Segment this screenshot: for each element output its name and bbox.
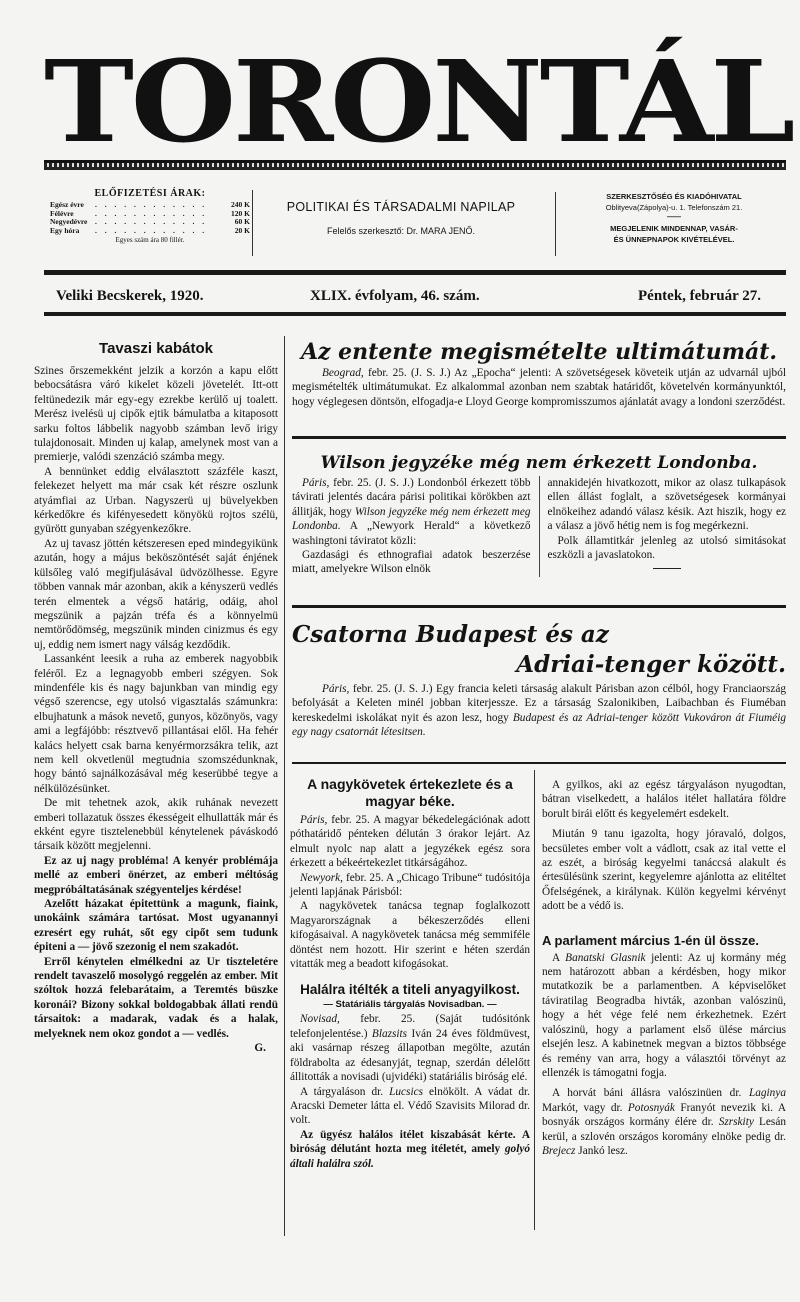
article-entente: Az entente megismételte ultimátumát. Beo… <box>292 338 786 409</box>
article-title-line2: Adriai-tenger között. <box>292 650 786 680</box>
editor-line: Felelős szerkesztő: Dr. MARA JENŐ. <box>256 226 546 236</box>
article-title: Halálra itélték a titeli anyagyilkost. <box>290 981 530 998</box>
prices-title: ELŐFIZETÉSI ÁRAK: <box>50 188 250 199</box>
paragraph: Azelőtt házakat épitettünk a magunk, fia… <box>34 897 278 955</box>
place-year: Veliki Becskerek, 1920. <box>56 288 204 305</box>
header-divider <box>252 190 253 256</box>
single-issue-price: Egyes szám ára 80 fillér. <box>50 236 250 244</box>
article-title: Az entente megismételte ultimátumát. <box>292 338 786 366</box>
header-rule <box>44 270 786 275</box>
office-title: SZERKESZTŐSÉG ÉS KIADÓHIVATAL <box>562 191 786 202</box>
paragraph: De mit tehetnek azok, akik ruhának nevez… <box>34 796 278 854</box>
volume-issue: XLIX. évfolyam, 46. szám. <box>310 288 480 305</box>
article-halalra-continued: A gyilkos, aki az egész tárgyaláson nyug… <box>542 778 786 1158</box>
paragraph: Az uj tavasz jöttén kétszeresen eped min… <box>34 537 278 652</box>
paragraph: Szines őrszemekként jelzik a korzón a ka… <box>34 364 278 465</box>
paragraph: Ez az uj nagy probléma! A kenyér problém… <box>34 854 278 897</box>
column-divider <box>284 336 285 1236</box>
price-row: Egész évre. . . . . . . . . . . .240 K <box>50 201 250 210</box>
paper-subtitle: POLITIKAI ÉS TÁRSADALMI NAPILAP <box>256 200 546 214</box>
article-tavaszi-kabatok: Tavaszi kabátok Szines őrszemekként jelz… <box>34 340 278 1056</box>
article-rule <box>292 762 786 764</box>
article-title-line1: Csatorna Budapest és az <box>292 620 786 650</box>
header-divider <box>555 192 556 256</box>
signature: G. <box>34 1041 278 1055</box>
newspaper-page: TORONTÁL ELŐFIZETÉSI ÁRAK: Egész évre. .… <box>0 0 800 1302</box>
article-csatorna: Csatorna Budapest és az Adriai-tenger kö… <box>292 620 786 740</box>
masthead-rule <box>44 160 786 170</box>
paragraph: A bennünket eddig elválasztott százféle … <box>34 465 278 537</box>
article-nagykovetek: A nagykövetek értekezlete és a magyar bé… <box>290 776 530 1171</box>
end-rule <box>653 568 681 569</box>
paragraph: Erről kénytelen elmélkedni az Ur tisztel… <box>34 955 278 1041</box>
article-subtitle: — Statáriális tárgyalás Novisadban. — <box>290 998 530 1012</box>
article-rule <box>292 436 786 439</box>
article-rule <box>292 605 786 608</box>
article-title: A parlament március 1-én ül össze. <box>542 932 786 949</box>
newspaper-title: TORONTÁL <box>44 48 800 158</box>
masthead: TORONTÁL <box>44 48 784 158</box>
article-title: Wilson jegyzéke még nem érkezett Londonb… <box>292 452 786 474</box>
publication-schedule-2: ÉS ÜNNEPNAPOK KIVÉTELÉVEL. <box>562 234 786 245</box>
issue-date: Péntek, február 27. <box>638 288 761 305</box>
header-center: POLITIKAI ÉS TÁRSADALMI NAPILAP Felelős … <box>256 200 546 236</box>
price-row: Negyedévre. . . . . . . . . . . .60 K <box>50 218 250 227</box>
publication-schedule: MEGJELENIK MINDENNAP, VASÁR- <box>562 223 786 234</box>
divider-dash: —— <box>562 213 786 223</box>
article-wilson: Wilson jegyzéke még nem érkezett Londonb… <box>292 452 786 577</box>
article-title: Tavaszi kabátok <box>34 340 278 358</box>
header-right: SZERKESZTŐSÉG ÉS KIADÓHIVATAL Oblityeva(… <box>562 191 786 245</box>
subscription-prices: ELŐFIZETÉSI ÁRAK: Egész évre. . . . . . … <box>50 188 250 244</box>
column-divider <box>534 770 535 1230</box>
dateline-rule <box>44 312 786 316</box>
office-address: Oblityeva(Zápolya)-u. 1. Telefonszám 21. <box>562 202 786 213</box>
article-title: A nagykövetek értekezlete és a magyar bé… <box>290 776 530 810</box>
paragraph: Lassanként leesik a ruha az emberek nagy… <box>34 652 278 796</box>
price-row: Egy hóra. . . . . . . . . . . .20 K <box>50 227 250 236</box>
